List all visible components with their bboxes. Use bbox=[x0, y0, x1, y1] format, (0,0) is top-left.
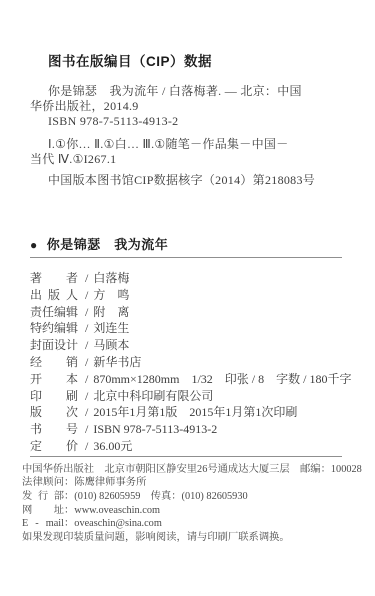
colophon-separator: / bbox=[85, 404, 88, 421]
colophon: 著者 / 白落梅 出版人 / 方 鸣 责任编辑 / 附 离 特约编辑 / 刘连生… bbox=[30, 270, 355, 455]
publisher-info: 中国华侨出版社 北京市朝阳区静安里26号通成达大厦三层 邮编：100028 法律… bbox=[22, 463, 355, 545]
colophon-separator: / bbox=[85, 287, 88, 304]
colophon-separator: / bbox=[85, 320, 88, 337]
cip-isbn-line: ISBN 978-7-5113-4913-2 bbox=[30, 114, 355, 129]
colophon-label: 书号 bbox=[30, 421, 78, 438]
colophon-row-special-editor: 特约编辑 / 刘连生 bbox=[30, 320, 355, 337]
colophon-separator: / bbox=[85, 388, 88, 405]
colophon-row-author: 著者 / 白落梅 bbox=[30, 270, 355, 287]
colophon-row-format: 开本 / 870mm×1280mm 1/32 印张 / 8 字数 / 180千字 bbox=[30, 371, 355, 388]
cip-bib-line-1: 你是锦瑟 我为流年 / 白落梅著. — 北京：中国 bbox=[30, 84, 355, 99]
colophon-label: 特约编辑 bbox=[30, 320, 78, 337]
colophon-separator: / bbox=[85, 421, 88, 438]
colophon-label: 出版人 bbox=[30, 287, 78, 304]
book-title: 你是锦瑟 我为流年 bbox=[47, 238, 169, 252]
colophon-value: 36.00元 bbox=[93, 438, 132, 455]
colophon-row-publisher: 出版人 / 方 鸣 bbox=[30, 287, 355, 304]
colophon-row-printing: 印刷 / 北京中科印刷有限公司 bbox=[30, 388, 355, 405]
colophon-value: 白落梅 bbox=[93, 270, 129, 287]
colophon-separator: / bbox=[85, 270, 88, 287]
copyright-page: 图书在版编目（CIP）数据 你是锦瑟 我为流年 / 白落梅著. — 北京：中国 … bbox=[0, 0, 375, 596]
email-address: oveaschin@sina.com bbox=[74, 518, 162, 529]
colophon-value: 刘连生 bbox=[93, 320, 129, 337]
colophon-value: 马顾本 bbox=[93, 337, 129, 354]
divider-top bbox=[30, 257, 342, 258]
colophon-value: 北京中科印刷有限公司 bbox=[93, 388, 213, 405]
colophon-separator: / bbox=[85, 354, 88, 371]
colophon-row-editor: 责任编辑 / 附 离 bbox=[30, 304, 355, 321]
distribution-dept-line: 发行部：(010) 82605959 传真：(010) 82605930 bbox=[22, 490, 355, 504]
email-line: E - mail：oveaschin@sina.com bbox=[22, 517, 355, 531]
website-label: 网址 bbox=[22, 504, 64, 518]
colophon-row-isbn: 书号 / ISBN 978-7-5113-4913-2 bbox=[30, 421, 355, 438]
colophon-row-edition: 版次 / 2015年1月第1版 2015年1月第1次印刷 bbox=[30, 404, 355, 421]
colophon-row-cover-design: 封面设计 / 马顾本 bbox=[30, 337, 355, 354]
colophon-label: 封面设计 bbox=[30, 337, 78, 354]
website-line: 网址：www.oveaschin.com bbox=[22, 504, 355, 518]
colophon-separator: / bbox=[85, 371, 88, 388]
colophon-row-distribution: 经销 / 新华书店 bbox=[30, 354, 355, 371]
publisher-address-line: 中国华侨出版社 北京市朝阳区静安里26号通成达大厦三层 邮编：100028 bbox=[22, 463, 355, 477]
colophon-value: ISBN 978-7-5113-4913-2 bbox=[93, 421, 217, 438]
distribution-dept-label: 发行部 bbox=[22, 490, 64, 504]
colophon-row-price: 定价 / 36.00元 bbox=[30, 438, 355, 455]
cip-record-line: 中国版本图书馆CIP数据核字（2014）第218083号 bbox=[30, 173, 355, 188]
divider-bottom bbox=[30, 456, 342, 457]
colophon-label: 定价 bbox=[30, 438, 78, 455]
colophon-value: 2015年1月第1版 2015年1月第1次印刷 bbox=[93, 404, 297, 421]
colophon-separator: / bbox=[85, 337, 88, 354]
distribution-dept-value: (010) 82605959 传真：(010) 82605930 bbox=[74, 491, 247, 502]
colon: ： bbox=[64, 505, 74, 516]
cip-classification-line-1: Ⅰ.①你… Ⅱ.①白… Ⅲ.①随笔－作品集－中国－ bbox=[30, 137, 355, 152]
website-url: www.oveaschin.com bbox=[74, 505, 160, 516]
colophon-value: 新华书店 bbox=[93, 354, 141, 371]
colophon-separator: / bbox=[85, 304, 88, 321]
quality-notice-line: 如果发现印装质量问题，影响阅读，请与印刷厂联系调换。 bbox=[22, 531, 355, 545]
colophon-label: 经销 bbox=[30, 354, 78, 371]
email-label: E - mail bbox=[22, 517, 64, 531]
colophon-value: 方 鸣 bbox=[93, 287, 129, 304]
legal-counsel-label: 法律顾问 bbox=[22, 476, 64, 490]
cip-heading: 图书在版编目（CIP）数据 bbox=[30, 54, 355, 70]
colon: ： bbox=[64, 518, 74, 529]
cip-classification-line-2: 当代 Ⅳ.①I267.1 bbox=[30, 152, 355, 167]
colophon-value: 870mm×1280mm 1/32 印张 / 8 字数 / 180千字 bbox=[93, 371, 351, 388]
colophon-value: 附 离 bbox=[93, 304, 129, 321]
book-title-header: ● 你是锦瑟 我为流年 bbox=[30, 238, 355, 252]
cip-bib-line-2: 华侨出版社，2014.9 bbox=[30, 99, 355, 114]
publisher-address: 中国华侨出版社 北京市朝阳区静安里26号通成达大厦三层 邮编：100028 bbox=[22, 464, 362, 475]
colon: ： bbox=[64, 477, 74, 488]
colophon-label: 责任编辑 bbox=[30, 304, 78, 321]
colon: ： bbox=[64, 491, 74, 502]
colophon-label: 版次 bbox=[30, 404, 78, 421]
colophon-label: 开本 bbox=[30, 371, 78, 388]
legal-counsel-line: 法律顾问：陈鹰律师事务所 bbox=[22, 476, 355, 490]
colophon-label: 印刷 bbox=[30, 388, 78, 405]
legal-counsel-value: 陈鹰律师事务所 bbox=[74, 477, 146, 488]
colophon-label: 著者 bbox=[30, 270, 78, 287]
quality-notice: 如果发现印装质量问题，影响阅读，请与印刷厂联系调换。 bbox=[22, 532, 290, 543]
colophon-separator: / bbox=[85, 438, 88, 455]
bullet-icon: ● bbox=[30, 238, 38, 252]
